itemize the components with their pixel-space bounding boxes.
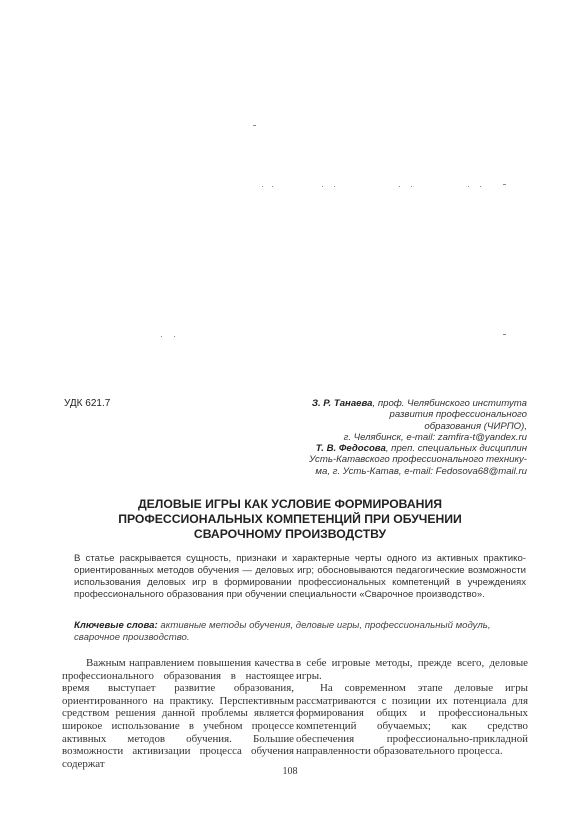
scan-artifact xyxy=(322,186,323,187)
author-affiliations: З. Р. Танаева, проф. Челябинского инстит… xyxy=(227,398,527,477)
scan-artifact xyxy=(503,334,506,335)
scan-artifact xyxy=(272,186,273,187)
paragraph: в себе игровые методы, прежде всего, дел… xyxy=(296,657,528,682)
scan-artifact xyxy=(174,336,175,337)
scan-artifact xyxy=(161,336,162,337)
article-title: ДЕЛОВЫЕ ИГРЫ КАК УСЛОВИЕ ФОРМИРОВАНИЯ ПР… xyxy=(60,497,520,542)
scan-artifact xyxy=(503,184,506,185)
author-name: З. Р. Танаева xyxy=(312,398,373,409)
keywords: Ключевые слова: активные методы обучения… xyxy=(74,620,526,644)
body-column-right: в себе игровые методы, прежде всего, дел… xyxy=(296,657,528,758)
body-column-left: Важным направлением повышения качества п… xyxy=(62,657,294,770)
scan-artifact xyxy=(262,186,263,187)
abstract: В статье раскрывается сущность, признаки… xyxy=(74,553,526,601)
scan-artifact xyxy=(399,186,400,187)
scan-artifact xyxy=(334,186,335,187)
author-2: Т. В. Федосова, преп. специальных дисцип… xyxy=(227,443,527,454)
author-1: З. Р. Танаева, проф. Челябинского инстит… xyxy=(227,398,527,409)
author-name: Т. В. Федосова xyxy=(316,443,386,454)
udk-code: УДК 621.7 xyxy=(64,398,110,409)
keywords-label: Ключевые слова: xyxy=(74,620,158,631)
scan-artifact xyxy=(253,125,256,126)
paragraph: Важным направлением повышения качества п… xyxy=(62,657,294,770)
scan-artifact xyxy=(468,186,469,187)
scan-artifact xyxy=(480,186,481,187)
page-number: 108 xyxy=(0,766,580,777)
scan-artifact xyxy=(411,186,412,187)
paragraph: На современном этапе деловые игры рассма… xyxy=(296,682,528,758)
